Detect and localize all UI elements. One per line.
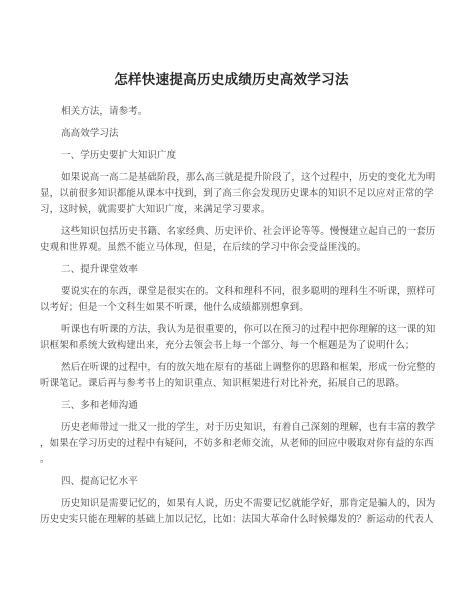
- subtitle-line: 高高效学习法: [40, 126, 435, 142]
- text-line: 相关方法，请参考。: [40, 104, 435, 120]
- section-1-para-1: 如果说高一高二是基础阶段，那么高三就是提升阶段了，这个过程中，历史的变化尤为明显…: [40, 170, 435, 218]
- document-page: 怎样快速提高历史成绩历史高效学习法 相关方法，请参考。高高效学习法一、学历史要扩…: [0, 0, 463, 600]
- text-line: 显，以前很多知识都能从课本中找到，到了高三你会发现历史课本的知识不足以应对正常的…: [40, 186, 435, 202]
- section-2-heading: 二、提升课堂效率: [40, 262, 435, 278]
- text-line: 一、学历史要扩大知识广度: [40, 148, 435, 164]
- text-line: 高高效学习法: [40, 126, 435, 142]
- text-line: 二、提升课堂效率: [40, 262, 435, 278]
- text-line: 这些知识包括历史书籍、名家经典、历史评价、社会评论等等。慢慢建立起自己的一套历: [40, 224, 435, 240]
- text-line: 史观和世界观。虽然不能立马体现，但是，在后续的学习中你会受益匪浅的。: [40, 240, 435, 256]
- section-1-heading: 一、学历史要扩大知识广度: [40, 148, 435, 164]
- text-line: 历史史实只能在理解的基础上加以记忆，比如：法国大革命什么时候爆发的？新运动的代表…: [40, 512, 435, 528]
- text-line: 要说实在的东西，课堂是很实在的。文科和理科不同，很多聪明的理科生不听课，照样可: [40, 284, 435, 300]
- text-line: 如果说高一高二是基础阶段，那么高三就是提升阶段了，这个过程中，历史的变化尤为明: [40, 170, 435, 186]
- intro-note: 相关方法，请参考。: [40, 104, 435, 120]
- text-line: 。: [40, 452, 435, 468]
- text-line: 历史老师带过一批又一批的学生，对于历史知识，有着自己深刻的理解，也有丰富的教学: [40, 420, 435, 436]
- section-4-para-1: 历史知识是需要记忆的，如果有人说，历史不需要记忆就能学好，那肯定是骗人的，因为历…: [40, 496, 435, 528]
- section-3-para-1: 历史老师带过一批又一批的学生，对于历史知识，有着自己深刻的理解，也有丰富的教学，…: [40, 420, 435, 468]
- section-3-heading: 三、多和老师沟通: [40, 398, 435, 414]
- text-line: 以考好；但是一个文科生如果不听课，他什么成绩都别想拿到。: [40, 300, 435, 316]
- text-line: 四、提高记忆水平: [40, 474, 435, 490]
- text-line: 然后在听课的过程中，有的放矢地在原有的基础上调整你的思路和框架，形成一份完整的: [40, 360, 435, 376]
- section-2-para-1: 要说实在的东西，课堂是很实在的。文科和理科不同，很多聪明的理科生不听课，照样可以…: [40, 284, 435, 316]
- section-4-heading: 四、提高记忆水平: [40, 474, 435, 490]
- text-line: 三、多和老师沟通: [40, 398, 435, 414]
- text-line: 识框架和系统大致构建出来，充分去领会书上每一个部分、每一个框题是为了说明什么；: [40, 338, 435, 354]
- text-line: 听课也有听课的方法，我认为是很重要的，你可以在预习的过程中把你理解的这一课的知: [40, 322, 435, 338]
- document-body: 相关方法，请参考。高高效学习法一、学历史要扩大知识广度如果说高一高二是基础阶段，…: [40, 104, 435, 528]
- text-line: ，如果在学习历史的过程中有疑问，不妨多和老师交流，从老师的回应中吸取对你有益的东…: [40, 436, 435, 452]
- page-title: 怎样快速提高历史成绩历史高效学习法: [0, 0, 463, 90]
- section-2-para-2: 听课也有听课的方法，我认为是很重要的，你可以在预习的过程中把你理解的这一课的知识…: [40, 322, 435, 354]
- text-line: 听课笔记。课后再与参考书上的知识重点、知识框架进行对比补充，拓展自己的思路。: [40, 376, 435, 392]
- section-1-para-2: 这些知识包括历史书籍、名家经典、历史评价、社会评论等等。慢慢建立起自己的一套历史…: [40, 224, 435, 256]
- text-line: 历史知识是需要记忆的，如果有人说，历史不需要记忆就能学好，那肯定是骗人的，因为: [40, 496, 435, 512]
- section-2-para-3: 然后在听课的过程中，有的放矢地在原有的基础上调整你的思路和框架，形成一份完整的听…: [40, 360, 435, 392]
- text-line: 习，这时候，就需要扩大知识广度，来满足学习要求。: [40, 202, 435, 218]
